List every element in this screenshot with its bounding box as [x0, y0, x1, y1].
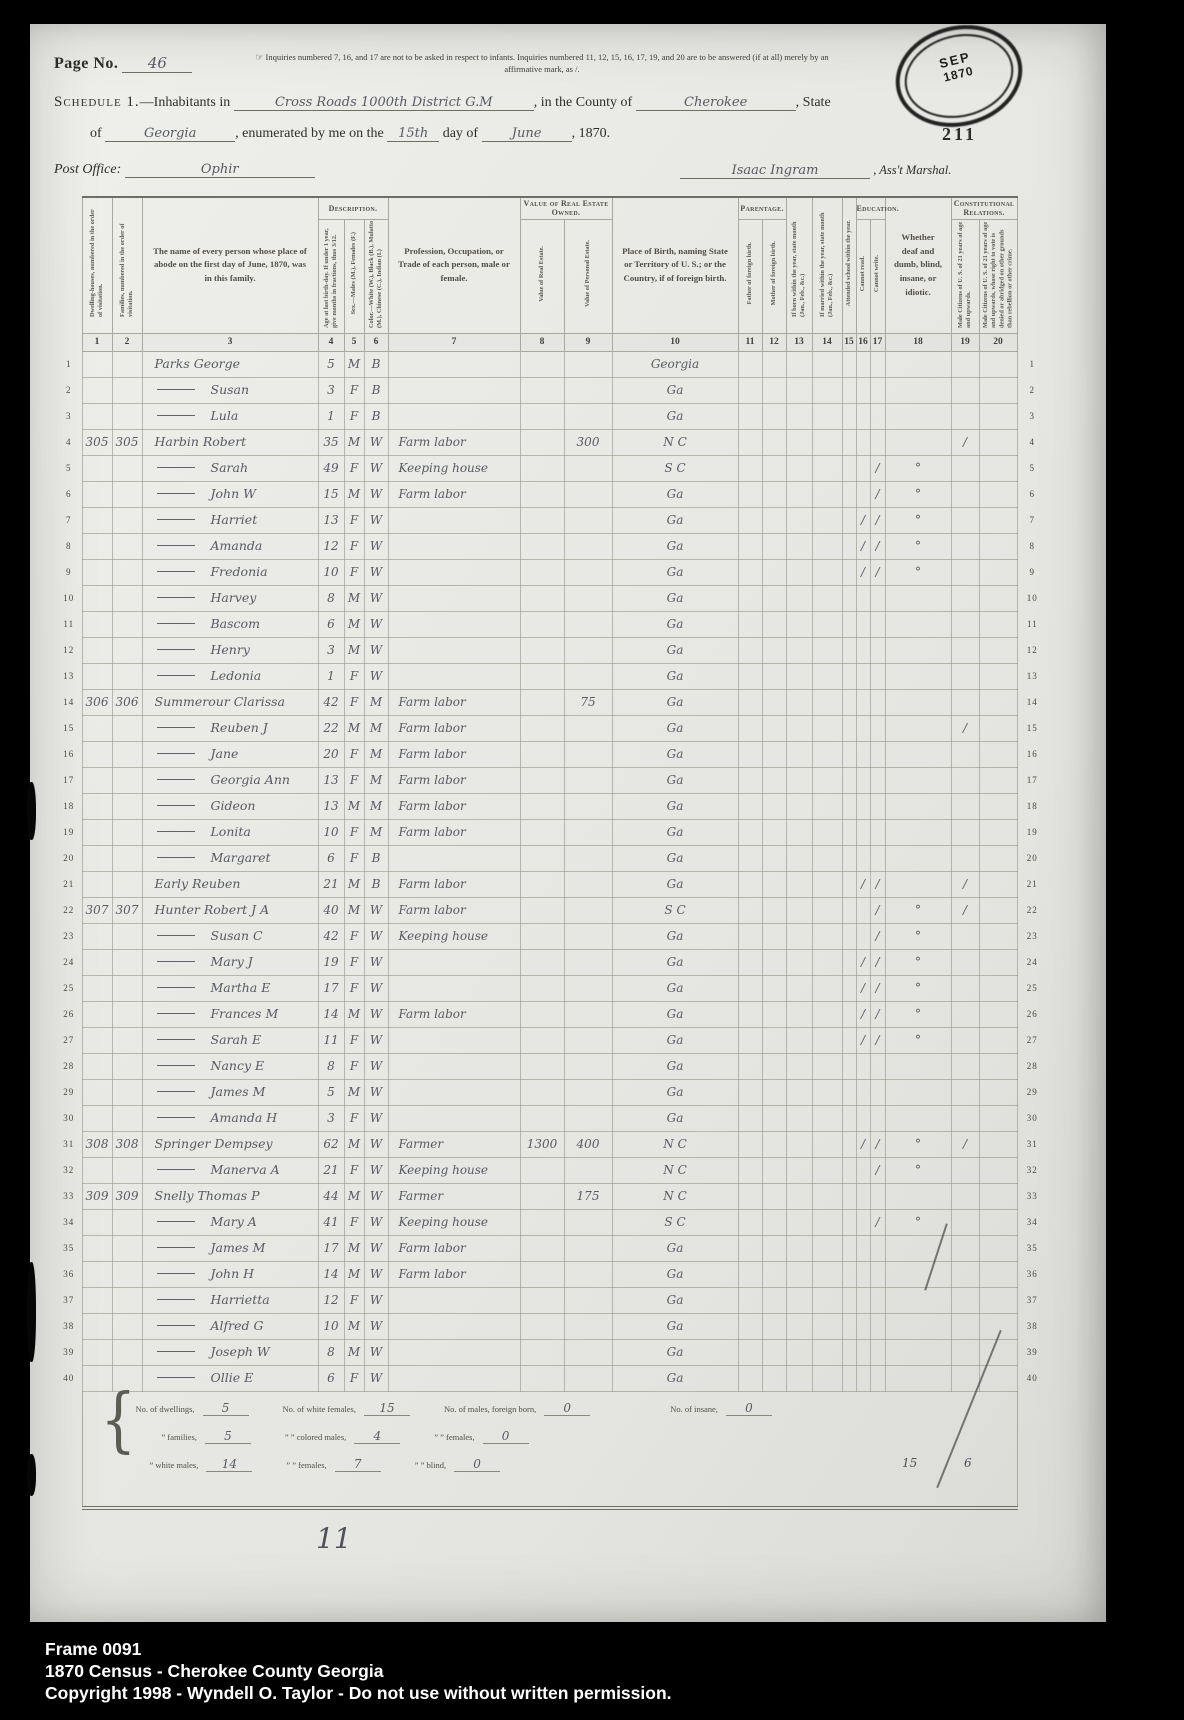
cell-sex: M — [344, 1131, 364, 1157]
cell-sex: F — [344, 403, 364, 429]
cell-name: Harriet — [142, 507, 318, 533]
cell-name: Springer Dempsey — [142, 1131, 318, 1157]
cell-color: W — [364, 1313, 388, 1339]
cell-occupation — [388, 1313, 520, 1339]
cell-dwelling-number: 305 — [82, 429, 112, 455]
cell-real-estate — [520, 1235, 564, 1261]
cell-born-month — [786, 689, 812, 715]
cell-attended-school — [842, 585, 856, 611]
cell-sex: F — [344, 377, 364, 403]
row-number-right: 39 — [1017, 1339, 1047, 1365]
cell-cannot-read — [856, 1053, 870, 1079]
cell-born-month — [786, 871, 812, 897]
cell-birthplace: Ga — [612, 871, 738, 897]
cell-name: Henry — [142, 637, 318, 663]
cell-mother-foreign — [762, 585, 786, 611]
ditto-dash — [157, 571, 195, 572]
person-name: Martha E — [211, 980, 271, 995]
scan-edge-mark — [27, 1262, 36, 1362]
cell-age: 19 — [318, 949, 344, 975]
cell-age: 10 — [318, 559, 344, 585]
cell-occupation — [388, 1287, 520, 1313]
cell-real-estate — [520, 481, 564, 507]
cell-attended-school — [842, 715, 856, 741]
schedule-title-line1: Schedule 1.—Inhabitants in Cross Roads 1… — [54, 94, 831, 111]
cell-attended-school — [842, 377, 856, 403]
cell-mother-foreign — [762, 559, 786, 585]
cell-attended-school — [842, 533, 856, 559]
cell-born-month — [786, 897, 812, 923]
cell-family-number — [112, 923, 142, 949]
cell-birthplace: Ga — [612, 1261, 738, 1287]
cell-male-citizen-denied — [979, 1079, 1017, 1105]
cell-real-estate: 1300 — [520, 1131, 564, 1157]
group-header-value: Value of Real Estate Owned. — [520, 197, 612, 219]
cell-male-citizen: / — [951, 871, 979, 897]
cell-born-month — [786, 429, 812, 455]
tally-foreign-females-value: 0 — [483, 1429, 529, 1444]
column-header-dwellings: Dwelling-houses, numbered in the order o… — [82, 197, 112, 333]
cell-color: W — [364, 897, 388, 923]
cell-color: B — [364, 377, 388, 403]
cell-male-citizen — [951, 559, 979, 585]
cell-born-month — [786, 533, 812, 559]
cell-born-month — [786, 1339, 812, 1365]
cell-attended-school — [842, 1079, 856, 1105]
cell-family-number — [112, 975, 142, 1001]
cell-birthplace: Ga — [612, 403, 738, 429]
cell-cannot-read — [856, 1183, 870, 1209]
cell-real-estate — [520, 689, 564, 715]
cell-dwelling-number — [82, 481, 112, 507]
row-number-left: 31 — [56, 1131, 82, 1157]
person-name: Harbin Robert — [155, 434, 247, 449]
cell-occupation — [388, 507, 520, 533]
tally-dwellings-value: 5 — [203, 1401, 249, 1416]
cell-married-month — [812, 1001, 842, 1027]
cell-personal-estate — [564, 975, 612, 1001]
cell-color: W — [364, 923, 388, 949]
person-name: Amanda H — [211, 1110, 278, 1125]
row-number-left: 17 — [56, 767, 82, 793]
cell-age: 1 — [318, 663, 344, 689]
cell-personal-estate — [564, 403, 612, 429]
cell-married-month — [812, 845, 842, 871]
cell-married-month — [812, 793, 842, 819]
cell-deaf-dumb — [885, 1287, 951, 1313]
cell-mother-foreign — [762, 455, 786, 481]
cell-dwelling-number — [82, 533, 112, 559]
cell-male-citizen: / — [951, 429, 979, 455]
row-number-right: 30 — [1017, 1105, 1047, 1131]
row-number-right: 33 — [1017, 1183, 1047, 1209]
cell-deaf-dumb: ° — [885, 507, 951, 533]
cell-color: M — [364, 819, 388, 845]
census-row: 3 Lula 1 F B Ga 3 — [56, 403, 1047, 429]
cell-deaf-dumb — [885, 377, 951, 403]
cell-dwelling-number — [82, 949, 112, 975]
cell-married-month — [812, 533, 842, 559]
cell-male-citizen-denied — [979, 1339, 1017, 1365]
cell-family-number: 306 — [112, 689, 142, 715]
cell-attended-school — [842, 481, 856, 507]
cell-real-estate — [520, 1287, 564, 1313]
ditto-dash — [157, 675, 195, 676]
cell-personal-estate — [564, 1339, 612, 1365]
of-label: of — [90, 126, 102, 141]
cell-born-month — [786, 819, 812, 845]
cell-father-foreign — [738, 1235, 762, 1261]
row-number-left: 5 — [56, 455, 82, 481]
cell-born-month — [786, 1209, 812, 1235]
cell-male-citizen-denied — [979, 923, 1017, 949]
cell-occupation — [388, 559, 520, 585]
census-row: 22 307 307 Hunter Robert J A 40 M W Farm… — [56, 897, 1047, 923]
cell-attended-school — [842, 1157, 856, 1183]
cell-attended-school — [842, 689, 856, 715]
cell-father-foreign — [738, 819, 762, 845]
cell-color: W — [364, 1339, 388, 1365]
person-name: James M — [211, 1240, 266, 1255]
cell-birthplace: Ga — [612, 507, 738, 533]
cell-family-number — [112, 533, 142, 559]
cell-personal-estate — [564, 533, 612, 559]
cell-real-estate — [520, 1053, 564, 1079]
cell-cannot-write — [870, 819, 885, 845]
cell-name: Snelly Thomas P — [142, 1183, 318, 1209]
group-header-parentage: Parentage. — [738, 197, 786, 219]
cell-sex: M — [344, 1313, 364, 1339]
cell-color: M — [364, 741, 388, 767]
cell-color: W — [364, 1287, 388, 1313]
cell-father-foreign — [738, 1287, 762, 1313]
cell-color: W — [364, 481, 388, 507]
cell-sex: F — [344, 455, 364, 481]
cell-age: 40 — [318, 897, 344, 923]
caption-frame: Frame 0091 — [45, 1638, 672, 1660]
ditto-dash — [157, 1065, 195, 1066]
cell-born-month — [786, 455, 812, 481]
cell-sex: F — [344, 1105, 364, 1131]
cell-born-month — [786, 351, 812, 377]
person-name: John H — [211, 1266, 255, 1281]
cell-deaf-dumb: ° — [885, 949, 951, 975]
cell-male-citizen: / — [951, 1131, 979, 1157]
ditto-dash — [157, 1039, 195, 1040]
cell-occupation: Farmer — [388, 1183, 520, 1209]
cell-family-number — [112, 455, 142, 481]
row-number-right: 2 — [1017, 377, 1047, 403]
cell-birthplace: N C — [612, 1157, 738, 1183]
cell-attended-school — [842, 845, 856, 871]
cell-cannot-write: / — [870, 871, 885, 897]
cell-occupation: Farm labor — [388, 689, 520, 715]
cell-attended-school — [842, 1131, 856, 1157]
cell-occupation: Farm labor — [388, 767, 520, 793]
cell-married-month — [812, 975, 842, 1001]
row-number-left: 39 — [56, 1339, 82, 1365]
cell-real-estate — [520, 637, 564, 663]
column-header-male-citizens: Male Citizens of U. S. of 21 years of ag… — [951, 219, 979, 333]
cell-real-estate — [520, 845, 564, 871]
cell-father-foreign — [738, 637, 762, 663]
person-name: Susan C — [211, 928, 263, 943]
ditto-dash — [157, 1091, 195, 1092]
cell-name: Fredonia — [142, 559, 318, 585]
cell-cannot-write — [870, 845, 885, 871]
cell-personal-estate — [564, 1001, 612, 1027]
cell-color: M — [364, 689, 388, 715]
cell-personal-estate — [564, 871, 612, 897]
person-name: James M — [211, 1084, 266, 1099]
row-number-right: 4 — [1017, 429, 1047, 455]
cell-family-number — [112, 663, 142, 689]
cell-married-month — [812, 819, 842, 845]
cell-male-citizen-denied — [979, 1131, 1017, 1157]
cell-deaf-dumb: ° — [885, 1209, 951, 1235]
cell-family-number: 307 — [112, 897, 142, 923]
left-margin-header — [56, 197, 82, 351]
row-number-right: 29 — [1017, 1079, 1047, 1105]
tally-white-males-value: 14 — [206, 1457, 252, 1472]
cell-personal-estate: 75 — [564, 689, 612, 715]
cell-married-month — [812, 741, 842, 767]
person-name: Georgia Ann — [211, 772, 290, 787]
cell-attended-school — [842, 767, 856, 793]
cell-cannot-read — [856, 1287, 870, 1313]
cell-cannot-read: / — [856, 1001, 870, 1027]
cell-color: W — [364, 1105, 388, 1131]
cell-sex: F — [344, 819, 364, 845]
marshal-line: Isaac Ingram , Ass't Marshal. — [680, 162, 951, 179]
cell-married-month — [812, 429, 842, 455]
cell-age: 10 — [318, 819, 344, 845]
cell-male-citizen-denied — [979, 637, 1017, 663]
person-name: Harriet — [211, 512, 258, 527]
cell-color: W — [364, 975, 388, 1001]
column-header-age: Age at last birth-day. If under 1 year, … — [318, 219, 344, 333]
census-row: 10 Harvey 8 M W Ga 10 — [56, 585, 1047, 611]
cell-born-month — [786, 1131, 812, 1157]
sheet-number: 211 — [942, 124, 977, 145]
cell-age: 5 — [318, 351, 344, 377]
row-number-left: 13 — [56, 663, 82, 689]
cell-age: 6 — [318, 845, 344, 871]
cell-birthplace: Ga — [612, 377, 738, 403]
cell-deaf-dumb — [885, 767, 951, 793]
cell-deaf-dumb: ° — [885, 481, 951, 507]
cell-attended-school — [842, 455, 856, 481]
cell-dwelling-number — [82, 1339, 112, 1365]
cell-cannot-read: / — [856, 949, 870, 975]
cell-male-citizen-denied — [979, 793, 1017, 819]
row-number-left: 1 — [56, 351, 82, 377]
cell-name: Gideon — [142, 793, 318, 819]
row-number-right: 13 — [1017, 663, 1047, 689]
cell-cannot-write — [870, 637, 885, 663]
census-row: 28 Nancy E 8 F W Ga 28 — [56, 1053, 1047, 1079]
cell-male-citizen — [951, 507, 979, 533]
cell-real-estate — [520, 1157, 564, 1183]
cell-color: M — [364, 767, 388, 793]
row-number-right: 8 — [1017, 533, 1047, 559]
cell-color: M — [364, 715, 388, 741]
ditto-dash — [157, 831, 195, 832]
census-row: 31 308 308 Springer Dempsey 62 M W Farme… — [56, 1131, 1047, 1157]
person-name: Frances M — [211, 1006, 279, 1021]
cell-married-month — [812, 923, 842, 949]
cell-born-month — [786, 845, 812, 871]
cell-attended-school — [842, 663, 856, 689]
cell-father-foreign — [738, 481, 762, 507]
district-value: Cross Roads 1000th District G.M — [234, 95, 534, 111]
cell-real-estate — [520, 715, 564, 741]
cell-family-number — [112, 559, 142, 585]
cell-birthplace: N C — [612, 1131, 738, 1157]
cell-birthplace: Ga — [612, 611, 738, 637]
cell-male-citizen — [951, 481, 979, 507]
cell-family-number — [112, 793, 142, 819]
cell-name: Harbin Robert — [142, 429, 318, 455]
cell-family-number — [112, 1339, 142, 1365]
cell-cannot-write: / — [870, 923, 885, 949]
cell-born-month — [786, 611, 812, 637]
cell-born-month — [786, 741, 812, 767]
ditto-dash — [157, 649, 195, 650]
cell-attended-school — [842, 897, 856, 923]
cell-sex: F — [344, 1053, 364, 1079]
cell-color: W — [364, 1131, 388, 1157]
cell-personal-estate — [564, 715, 612, 741]
cell-cannot-read — [856, 897, 870, 923]
cell-male-citizen — [951, 949, 979, 975]
cell-occupation — [388, 403, 520, 429]
cell-color: W — [364, 1079, 388, 1105]
cell-mother-foreign — [762, 1001, 786, 1027]
cell-male-citizen — [951, 533, 979, 559]
cell-born-month — [786, 559, 812, 585]
column-header-families: Families, numbered in the order of visit… — [112, 197, 142, 333]
census-row: 11 Bascom 6 M W Ga 11 — [56, 611, 1047, 637]
cell-cannot-read — [856, 1235, 870, 1261]
cell-dwelling-number — [82, 637, 112, 663]
cell-cannot-read — [856, 377, 870, 403]
cell-birthplace: Ga — [612, 975, 738, 1001]
cell-married-month — [812, 351, 842, 377]
cell-sex: M — [344, 871, 364, 897]
cell-cannot-write: / — [870, 1209, 885, 1235]
cell-age: 14 — [318, 1261, 344, 1287]
cell-born-month — [786, 637, 812, 663]
cell-male-citizen — [951, 1027, 979, 1053]
ditto-dash — [157, 1117, 195, 1118]
row-number-left: 36 — [56, 1261, 82, 1287]
cell-mother-foreign — [762, 1313, 786, 1339]
cell-cannot-write — [870, 1287, 885, 1313]
cell-real-estate — [520, 949, 564, 975]
person-name: Lonita — [211, 824, 251, 839]
cell-family-number: 305 — [112, 429, 142, 455]
row-number-left: 19 — [56, 819, 82, 845]
cell-mother-foreign — [762, 637, 786, 663]
row-number-right: 22 — [1017, 897, 1047, 923]
cell-sex: F — [344, 507, 364, 533]
cell-real-estate — [520, 1261, 564, 1287]
census-row: 15 Reuben J 22 M M Farm labor Ga / 15 — [56, 715, 1047, 741]
cell-family-number — [112, 611, 142, 637]
cell-name: Harrietta — [142, 1287, 318, 1313]
cell-age: 6 — [318, 1365, 344, 1391]
census-table: Dwelling-houses, numbered in the order o… — [56, 196, 1047, 1510]
cell-cannot-read: / — [856, 1027, 870, 1053]
row-number-left: 10 — [56, 585, 82, 611]
row-number-right: 28 — [1017, 1053, 1047, 1079]
cell-dwelling-number — [82, 1287, 112, 1313]
cell-deaf-dumb — [885, 1365, 951, 1391]
cell-male-citizen-denied — [979, 1027, 1017, 1053]
cell-male-citizen-denied — [979, 1157, 1017, 1183]
cell-occupation: Farm labor — [388, 819, 520, 845]
cell-color: W — [364, 533, 388, 559]
cell-name: Martha E — [142, 975, 318, 1001]
cell-color: W — [364, 507, 388, 533]
cell-age: 21 — [318, 871, 344, 897]
cell-attended-school — [842, 351, 856, 377]
cell-deaf-dumb — [885, 1261, 951, 1287]
cell-occupation — [388, 975, 520, 1001]
cell-male-citizen-denied — [979, 715, 1017, 741]
ditto-dash — [157, 493, 195, 494]
cell-real-estate — [520, 793, 564, 819]
cell-mother-foreign — [762, 897, 786, 923]
cell-name: Nancy E — [142, 1053, 318, 1079]
cell-father-foreign — [738, 1261, 762, 1287]
cell-family-number — [112, 819, 142, 845]
cell-father-foreign — [738, 455, 762, 481]
cell-cannot-write: / — [870, 897, 885, 923]
cell-birthplace: Ga — [612, 1313, 738, 1339]
person-name: Parks George — [155, 356, 241, 371]
cell-born-month — [786, 1287, 812, 1313]
cell-personal-estate — [564, 1105, 612, 1131]
cell-real-estate — [520, 663, 564, 689]
cell-dwelling-number — [82, 1053, 112, 1079]
cell-mother-foreign — [762, 1131, 786, 1157]
cell-attended-school — [842, 1261, 856, 1287]
cell-male-citizen-denied — [979, 1287, 1017, 1313]
cell-male-citizen — [951, 689, 979, 715]
cell-father-foreign — [738, 1365, 762, 1391]
cell-age: 35 — [318, 429, 344, 455]
cell-deaf-dumb — [885, 793, 951, 819]
cell-cannot-read — [856, 481, 870, 507]
census-row: 34 Mary A 41 F W Keeping house S C / ° 3… — [56, 1209, 1047, 1235]
cell-name: Amanda H — [142, 1105, 318, 1131]
cell-cannot-read: / — [856, 1131, 870, 1157]
cell-occupation: Farm labor — [388, 1261, 520, 1287]
cell-male-citizen — [951, 1365, 979, 1391]
column-header-deaf: Whether deaf and dumb, blind, insane, or… — [885, 197, 951, 333]
cell-color: W — [364, 1001, 388, 1027]
cell-birthplace: Ga — [612, 1001, 738, 1027]
state-suffix: , State — [796, 95, 831, 110]
cell-mother-foreign — [762, 1157, 786, 1183]
cell-male-citizen-denied — [979, 533, 1017, 559]
cell-real-estate — [520, 507, 564, 533]
row-number-left: 29 — [56, 1079, 82, 1105]
cell-deaf-dumb — [885, 689, 951, 715]
cell-age: 42 — [318, 923, 344, 949]
